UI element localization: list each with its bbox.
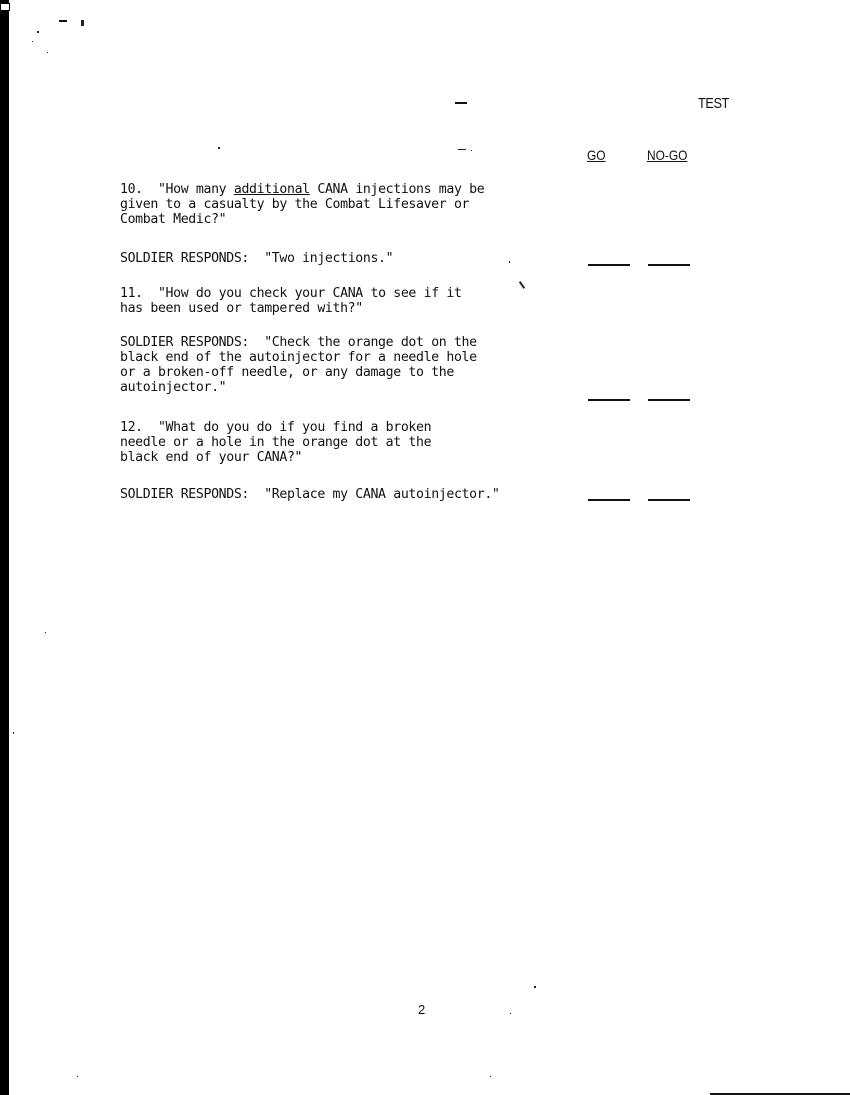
scan-artifact <box>509 261 510 263</box>
column-header-no-go: NO-GO <box>647 147 687 163</box>
item-number: 10. <box>120 182 143 197</box>
page-number: 2 <box>418 1002 425 1017</box>
question-12: 12. "What do you do if you find a broken… <box>120 420 431 465</box>
scan-artifact <box>490 1076 491 1077</box>
emphasis-additional: additional <box>234 182 310 197</box>
item-number: 11. <box>120 286 143 301</box>
scan-artifact <box>37 31 39 33</box>
response-label: SOLDIER RESPONDS: <box>120 251 249 266</box>
scan-artifact <box>534 986 536 988</box>
no-go-blank-12[interactable] <box>648 499 690 501</box>
scan-artifact <box>458 149 466 150</box>
no-go-blank-10[interactable] <box>648 264 690 266</box>
scan-artifact <box>519 281 525 289</box>
scan-artifact <box>510 1013 511 1014</box>
no-go-blank-11[interactable] <box>648 399 690 401</box>
go-blank-10[interactable] <box>588 264 630 266</box>
scan-edge-notch <box>0 3 10 11</box>
scan-edge-border <box>0 0 9 1095</box>
scan-artifact <box>13 732 14 734</box>
section-label: TEST <box>698 95 729 112</box>
response-12: SOLDIER RESPONDS: "Replace my CANA autoi… <box>120 487 500 502</box>
go-blank-11[interactable] <box>588 399 630 401</box>
response-10: SOLDIER RESPONDS: "Two injections." <box>120 251 393 266</box>
scan-artifact <box>59 20 67 22</box>
scan-artifact <box>471 150 472 151</box>
scan-artifact <box>218 147 220 149</box>
scan-artifact <box>45 632 46 633</box>
scan-artifact <box>455 102 467 104</box>
response-label: SOLDIER RESPONDS: <box>120 487 249 502</box>
scan-artifact <box>47 52 48 53</box>
scan-artifact <box>32 41 33 42</box>
question-10: 10. "How many additional CANA injections… <box>120 182 484 227</box>
column-header-go: GO <box>587 147 606 163</box>
question-11: 11. "How do you check your CANA to see i… <box>120 286 462 316</box>
response-label: SOLDIER RESPONDS: <box>120 335 249 350</box>
item-number: 12. <box>120 420 143 435</box>
scan-artifact <box>81 20 84 26</box>
response-11: SOLDIER RESPONDS: "Check the orange dot … <box>120 335 477 395</box>
scan-artifact <box>77 1076 78 1077</box>
go-blank-12[interactable] <box>588 499 630 501</box>
